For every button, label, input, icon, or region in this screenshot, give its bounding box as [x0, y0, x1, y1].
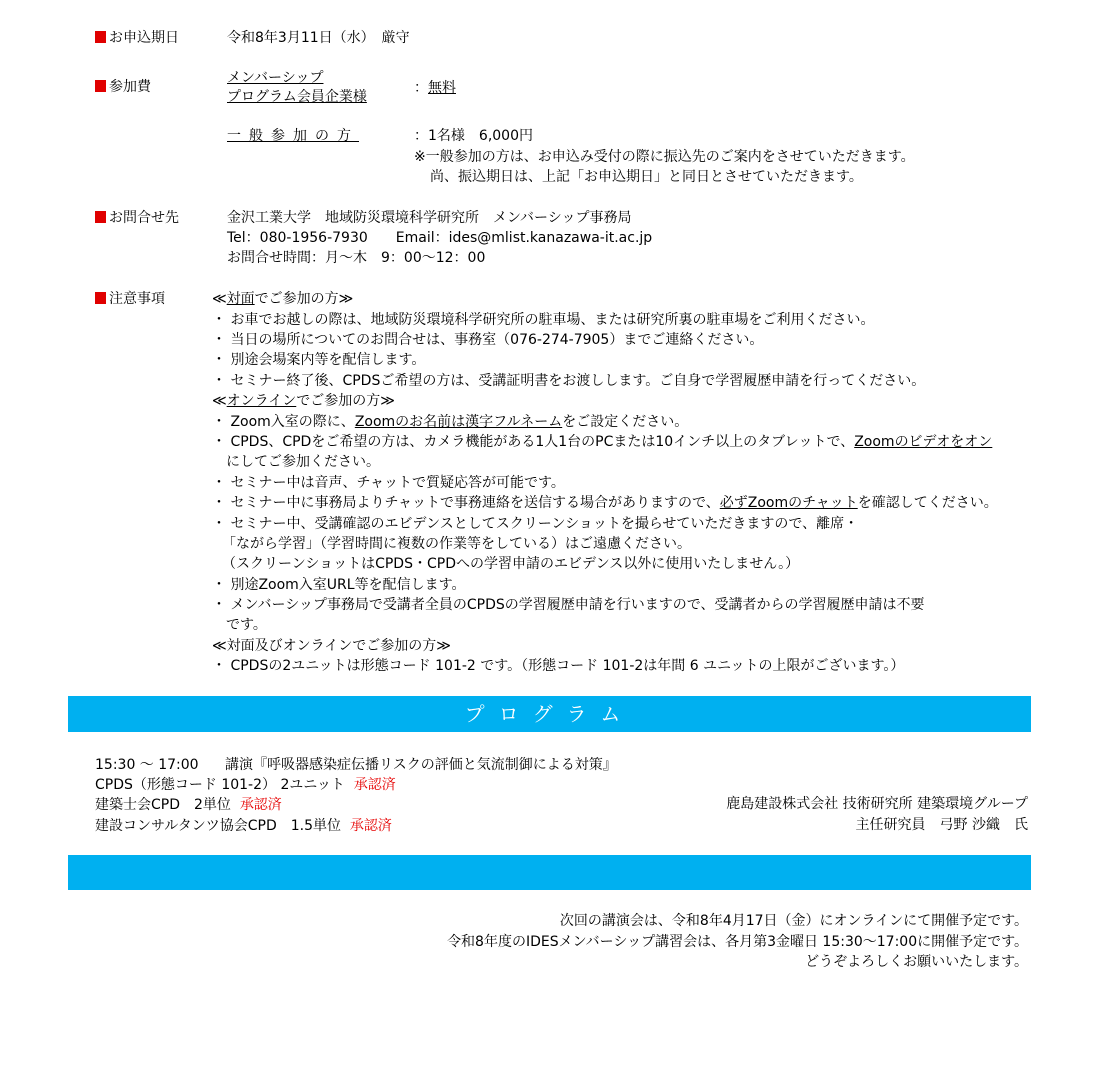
- online-heading: ≪オンラインでご参加の方≫: [212, 391, 395, 411]
- fee-member-line1: メンバーシップ: [227, 68, 323, 88]
- fee-note2: 尚、振込期日は、上記「お申込期日」と同日とさせていただきます。: [430, 167, 863, 187]
- online-heading-underlined: オンライン: [227, 393, 297, 409]
- fee-member-line2: プログラム会員企業様: [227, 87, 367, 107]
- contact-label: お問合せ先: [95, 208, 179, 228]
- red-square-marker-icon: [95, 31, 106, 43]
- contact-org: 金沢工業大学 地域防災環境科学研究所 メンバーシップ事務局: [227, 208, 631, 228]
- online-item-continuation: 「ながら学習」（学習時間に複数の作業等をしている）はご遠慮ください。: [222, 534, 691, 554]
- red-square-marker-icon: [95, 80, 106, 92]
- inperson-heading: ≪対面でご参加の方≫: [212, 289, 353, 309]
- online-item-continuation: にしてご参加ください。: [226, 452, 380, 472]
- deadline-label: お申込期日: [95, 28, 179, 48]
- online-item-continuation: です。: [226, 615, 267, 635]
- speaker-org: 鹿島建設株式会社 技術研究所 建築環境グループ: [726, 794, 1028, 814]
- fee-label-text: 参加費: [109, 79, 151, 95]
- both-item: ・ CPDSの2ユニットは形態コード 101-2 です。（形態コード 101-2…: [212, 656, 904, 676]
- inperson-item: ・ 別途会場案内等を配信します。: [212, 350, 425, 370]
- online-item: ・ メンバーシップ事務局で受講者全員のCPDSの学習履歴申請を行いますので、受講…: [212, 595, 925, 615]
- online-item: ・ セミナー中、受講確認のエビデンスとしてスクリーンショットを撮らせていただきま…: [212, 514, 858, 534]
- fee-general-price: ：1名様 6,000円: [414, 126, 533, 146]
- notes-label-text: 注意事項: [109, 291, 165, 307]
- notes-label: 注意事項: [95, 289, 165, 309]
- fee-member-price-value: 無料: [428, 80, 456, 96]
- contact-tel-email[interactable]: Tel：080-1956-7930 Email：ides@mlist.kanaz…: [227, 228, 652, 248]
- inperson-item: ・ お車でお越しの際は、地域防災環境科学研究所の駐車場、または研究所裏の駐車場を…: [212, 310, 874, 330]
- online-item-continuation: （スクリーンショットはCPDS・CPDへの学習申請のエビデンス以外に使用いたしま…: [222, 554, 799, 574]
- credit-text: 建築士会CPD 2単位: [95, 797, 231, 813]
- footer-line3: どうぞよろしくお願いいたします。: [805, 952, 1028, 972]
- deadline-value: 令和8年3月11日（水） 厳守: [227, 28, 410, 48]
- credit-text: CPDS（形態コード 101-2） 2ユニット: [95, 777, 345, 793]
- red-square-marker-icon: [95, 292, 106, 304]
- fee-member-price: ：無料: [414, 78, 456, 98]
- fee-general-label: 一般参加の方: [227, 126, 359, 146]
- contact-hours: お問合せ時間：月～木 9：00～12：00: [227, 248, 485, 268]
- approved-badge: 承認済: [354, 777, 396, 793]
- online-item: ・ 別途Zoom入室URL等を配信します。: [212, 575, 465, 595]
- online-item-text: ・ セミナー中に事務局よりチャットで事務連絡を送信する場合がありますので、: [212, 495, 720, 511]
- credit-row: CPDS（形態コード 101-2） 2ユニット 承認済: [95, 775, 396, 795]
- online-item-underlined: 必ずZoomのチャット: [720, 495, 858, 511]
- inperson-item: ・ 当日の場所についてのお問合せは、事務室（076-274-7905）までご連絡…: [212, 330, 763, 350]
- fee-member-price-prefix: ：: [414, 80, 428, 96]
- inperson-heading-rest: でご参加の方≫: [255, 291, 354, 307]
- bracket-open: ≪: [212, 393, 227, 409]
- footer-line2: 令和8年度のIDESメンバーシップ講習会は、各月第3金曜日 15:30～17:0…: [447, 932, 1028, 952]
- online-heading-rest: でご参加の方≫: [296, 393, 395, 409]
- program-lecture: 講演『呼吸器感染症伝播リスクの評価と気流制御による対策』: [225, 755, 617, 775]
- online-item-text: を確認してください。: [858, 495, 998, 511]
- online-item: ・ Zoom入室の際に、Zoomのお名前は漢字フルネームをご設定ください。: [212, 412, 688, 432]
- divider-bar: [68, 855, 1031, 890]
- online-item-text: ・ Zoom入室の際に、: [212, 414, 355, 430]
- online-item-text: をご設定ください。: [562, 414, 688, 430]
- both-heading: ≪対面及びオンラインでご参加の方≫: [212, 636, 451, 656]
- credit-row: 建設コンサルタンツ協会CPD 1.5単位 承認済: [95, 816, 392, 836]
- online-item: ・ CPDS、CPDをご希望の方は、カメラ機能がある1人1台のPCまたは10イン…: [212, 432, 992, 452]
- program-time: 15:30 ～ 17:00: [95, 755, 199, 775]
- online-item-underlined: Zoomのビデオをオン: [854, 434, 992, 450]
- fee-note1: ※一般参加の方は、お申込み受付の際に振込先のご案内をさせていただきます。: [414, 147, 915, 167]
- online-item: ・ セミナー中は音声、チャットで質疑応答が可能です。: [212, 473, 565, 493]
- online-item-underlined: Zoomのお名前は漢字フルネーム: [355, 414, 562, 430]
- credit-text: 建設コンサルタンツ協会CPD 1.5単位: [95, 818, 341, 834]
- approved-badge: 承認済: [350, 818, 392, 834]
- program-title: プログラム: [68, 696, 1031, 732]
- inperson-heading-underlined: 対面: [227, 291, 255, 307]
- credit-row: 建築士会CPD 2単位 承認済: [95, 795, 282, 815]
- online-item: ・ セミナー中に事務局よりチャットで事務連絡を送信する場合がありますので、必ずZ…: [212, 493, 998, 513]
- red-square-marker-icon: [95, 211, 106, 223]
- program-header-bar: プログラム: [68, 696, 1031, 732]
- contact-label-text: お問合せ先: [109, 210, 179, 226]
- approved-badge: 承認済: [240, 797, 282, 813]
- footer-line1: 次回の講演会は、令和8年4月17日（金）にオンラインにて開催予定です。: [560, 911, 1028, 931]
- deadline-label-text: お申込期日: [109, 30, 179, 46]
- inperson-item: ・ セミナー終了後、CPDSご希望の方は、受講証明書をお渡しします。ご自身で学習…: [212, 371, 925, 391]
- online-item-text: ・ CPDS、CPDをご希望の方は、カメラ機能がある1人1台のPCまたは10イン…: [212, 434, 854, 450]
- speaker-name: 主任研究員 弓野 沙織 氏: [856, 815, 1028, 835]
- fee-label: 参加費: [95, 77, 151, 97]
- bracket-open: ≪: [212, 291, 227, 307]
